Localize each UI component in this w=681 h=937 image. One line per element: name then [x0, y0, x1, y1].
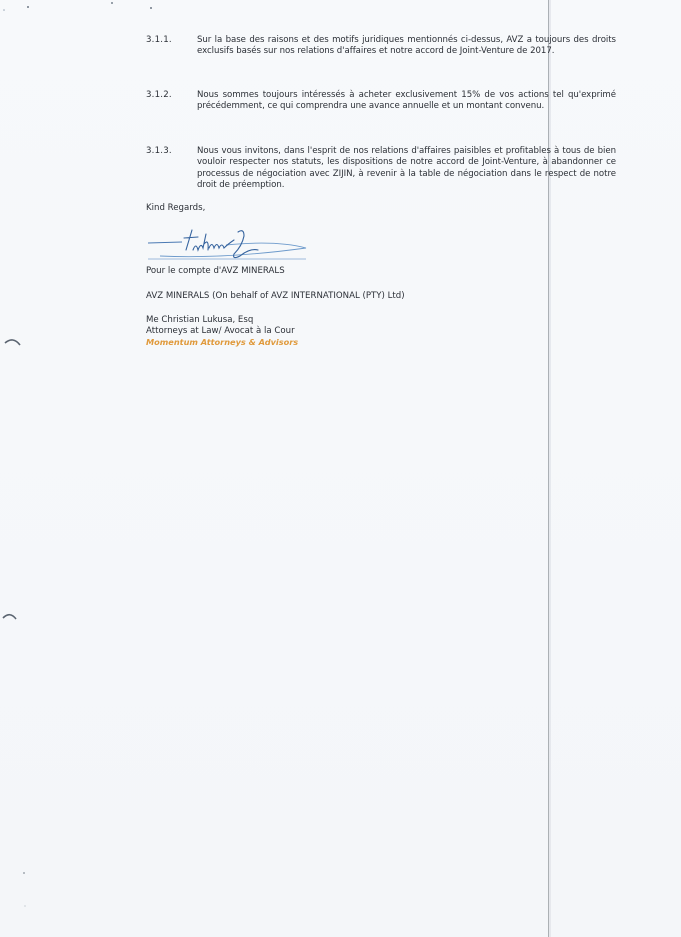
fold-line — [548, 0, 549, 937]
document-page: 3.1.1. Sur la base des raisons et des mo… — [0, 0, 681, 937]
clause-number: 3.1.1. — [146, 35, 196, 46]
signature-icon — [146, 226, 316, 266]
greeting: Kind Regards, — [146, 203, 205, 214]
entity-line: AVZ MINERALS (On behalf of AVZ INTERNATI… — [146, 291, 405, 302]
clause-3-1-3: 3.1.3. Nous vous invitons, dans l'esprit… — [146, 146, 616, 192]
firm-name: Momentum Attorneys & Advisors — [146, 337, 298, 348]
signatory-name: Me Christian Lukusa, Esq — [146, 315, 253, 326]
clause-text: Sur la base des raisons et des motifs ju… — [197, 35, 616, 58]
punch-hole-mark — [0, 335, 30, 355]
punch-hole-mark — [0, 610, 30, 630]
fold-shadow — [549, 0, 551, 937]
on-behalf-line: Pour le compte d'AVZ MINERALS — [146, 266, 285, 277]
clause-3-1-1: 3.1.1. Sur la base des raisons et des mo… — [146, 35, 616, 58]
clause-number: 3.1.3. — [146, 146, 196, 157]
signatory-title: Attorneys at Law/ Avocat à la Cour — [146, 326, 295, 337]
clause-number: 3.1.2. — [146, 90, 196, 101]
scan-specks — [20, 870, 30, 910]
clause-3-1-2: 3.1.2. Nous sommes toujours intéressés à… — [146, 90, 616, 113]
scan-specks — [0, 0, 180, 20]
clause-text: Nous sommes toujours intéressés à achete… — [197, 90, 616, 113]
clause-text: Nous vous invitons, dans l'esprit de nos… — [197, 146, 616, 192]
